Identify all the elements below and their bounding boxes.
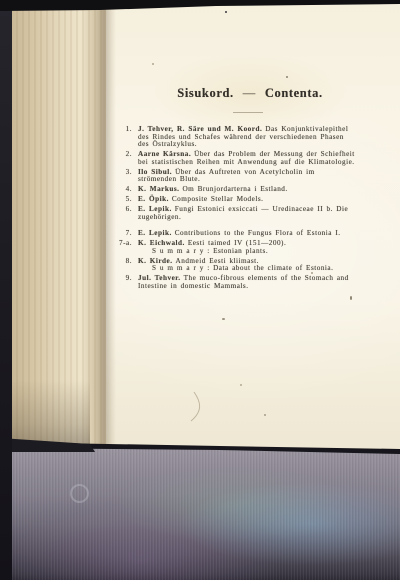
entry-number: 3. [114,169,132,177]
entry-number: 7. [114,230,132,238]
entry-number: 4. [114,186,132,194]
entry-author: E. Öpik. [138,195,169,203]
contents-page-text: Sisukord.—Contenta. 1.J. Tehver, R. Säre… [100,0,400,450]
toc-entry: 5.E. Öpik.Composite Stellar Models. [100,196,356,204]
toc-entry: 4.K. Markus.Om Brunjordarterna i Estland… [100,186,356,194]
page-title: Sisukord.—Contenta. [100,86,400,101]
entry-number: 6. [114,206,132,214]
toc-entry: 1.J. Tehver, R. Säre und M. Koord.Das Ko… [100,126,356,149]
entry-title: Om Brunjordarterna i Estland. [182,185,287,193]
entry-title: Contributions to the Fungus Flora of Est… [175,229,341,237]
speck [264,414,266,416]
entry-number: 8. [114,258,132,266]
toc-entry: 9.Jul. Tehver.The muco-fibrous elements … [100,275,356,290]
page-curl-shadow [0,380,90,448]
entry-author: E. Lepik. [138,229,172,237]
speck [311,272,313,274]
entry-author: K. Eichwald. [138,239,185,247]
contents-list: 1.J. Tehver, R. Säre und M. Koord.Das Ko… [100,126,356,293]
speck [225,11,227,13]
entry-number: 5. [114,196,132,204]
title-estonian: Sisukord. [177,86,233,100]
title-dash: — [243,86,256,101]
entry-title: Composite Stellar Models. [172,195,264,203]
toc-entry: 6.E. Lepik.Fungi Estonici exsiccati — Ur… [100,206,356,221]
toc-entry: 8.K. Kirde.Andmeid Eesti kliimast. S u m… [100,258,356,273]
fore-edge-sheen-mark [70,484,89,503]
entry-title: Eesti taimed IV (151—200). [188,239,286,247]
entry-number: 1. [114,126,132,134]
toc-entry: 7.E. Lepik.Contributions to the Fungus F… [100,230,356,238]
title-rule [233,112,263,113]
book-photo: Sisukord.—Contenta. 1.J. Tehver, R. Säre… [0,0,400,580]
title-latin: Contenta. [265,86,323,100]
speck [222,318,225,320]
entry-number: 7-a. [114,240,132,248]
speck [152,63,154,65]
toc-entry: 3.Ilo Sibul.Über das Auftreten von Acety… [100,169,356,184]
entry-summary-line: S u m m a r y : Estonian plants. [152,248,356,256]
page-curl-mark [180,390,220,424]
speck [350,296,352,300]
entry-number: 2. [114,151,132,159]
entry-summary-line: S u m m a r y : Data about the climate o… [152,265,356,273]
speck [240,384,242,386]
entry-author: K. Markus. [138,185,179,193]
toc-entry: 7-a.K. Eichwald.Eesti taimed IV (151—200… [100,240,356,255]
entry-number: 9. [114,275,132,283]
book-cover-left-edge [0,0,12,580]
speck [286,76,288,78]
toc-entry: 2.Aarne Kärsna.Über das Problem der Mess… [100,151,356,166]
